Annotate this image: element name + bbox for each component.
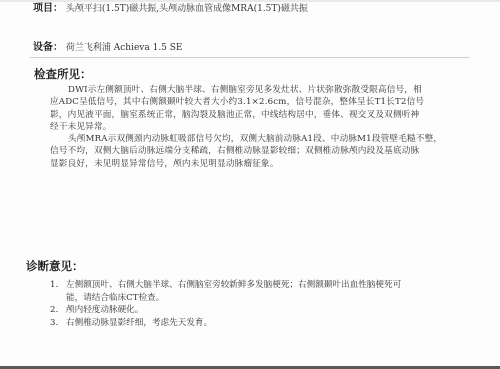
- header-divider: [30, 57, 470, 58]
- diagnosis-item-text-cont: 能，请结合临床CT检查。: [50, 292, 470, 305]
- findings-p1-line: 影，内见液平面，脑室系统正常，脑沟裂及脑池正常，中线结构居中，垂体、视交叉及双侧…: [50, 109, 468, 121]
- project-row: 项目： 头颅平扫(1.5T)磁共振,头颅动脉血管成像MRA(1.5T)磁共振: [33, 3, 308, 15]
- diagnosis-item-1: 1. 左侧额顶叶、右侧大脑半球、右侧脑室旁较新鲜多发脑梗死；右侧额颞叶出血性脑梗…: [50, 279, 470, 304]
- findings-p1-line: 经干未见异常。: [50, 121, 468, 133]
- diagnosis-item-text: 左侧额顶叶、右侧大脑半球、右侧脑室旁较新鲜多发脑梗死；右侧额颞叶出血性脑梗死可: [66, 279, 401, 292]
- diagnosis-item-text: 右侧椎动脉显影纤细，考虑先天发育。: [66, 317, 212, 330]
- device-row: 设备： 荷兰飞利浦 Achieva 1.5 SE: [33, 42, 183, 54]
- findings-p2-line: 头颅MRA示双侧颈内动脉虹吸部信号欠均，双侧大脑前动脉A1段、中动脉M1段管壁毛…: [50, 133, 468, 145]
- findings-p2-line: 显影良好，未见明显异常信号，颅内未见明显动脉瘤征象。: [50, 158, 468, 170]
- diagnosis-item-3: 3. 右侧椎动脉显影纤细，考虑先天发育。: [50, 317, 470, 330]
- device-value: 荷兰飞利浦 Achieva 1.5 SE: [66, 43, 183, 53]
- findings-paragraph-2: 头颅MRA示双侧颈内动脉虹吸部信号欠均，双侧大脑前动脉A1段、中动脉M1段管壁毛…: [50, 133, 468, 170]
- findings-p2-line: 信号不均，双侧大脑后动脉远端分支稀疏，右侧椎动脉显影较细；双侧椎动脉颅内段及基底…: [50, 145, 468, 157]
- project-value: 头颅平扫(1.5T)磁共振,头颅动脉血管成像MRA(1.5T)磁共振: [66, 4, 308, 14]
- diagnosis-item-number: 1.: [50, 279, 66, 292]
- diagnosis-item-number: 3.: [50, 317, 66, 330]
- diagnosis-title: 诊断意见：: [26, 258, 84, 274]
- findings-paragraph-1: DWI示左侧额顶叶、右侧大脑半球、右侧脑室旁见多发灶状、片状弥散弥散受限高信号，…: [50, 84, 468, 134]
- findings-p1-line: 应ADC呈低信号，其中右侧额颞叶较大者大小约3.1×2.6cm，信号混杂，整体呈…: [50, 96, 468, 108]
- diagnosis-item-text: 颅内轻度动脉硬化。: [66, 304, 143, 317]
- findings-title: 检查所见：: [34, 66, 92, 82]
- diagnosis-list: 1. 左侧额顶叶、右侧大脑半球、右侧脑室旁较新鲜多发脑梗死；右侧额颞叶出血性脑梗…: [50, 279, 470, 329]
- diagnosis-item-2: 2. 颅内轻度动脉硬化。: [50, 304, 470, 317]
- findings-p1-line: DWI示左侧额顶叶、右侧大脑半球、右侧脑室旁见多发灶状、片状弥散弥散受限高信号，…: [50, 84, 468, 96]
- top-edge-strip: [0, 0, 500, 2]
- device-label: 设备：: [33, 42, 63, 53]
- project-label: 项目：: [33, 3, 63, 14]
- diagnosis-item-number: 2.: [50, 304, 66, 317]
